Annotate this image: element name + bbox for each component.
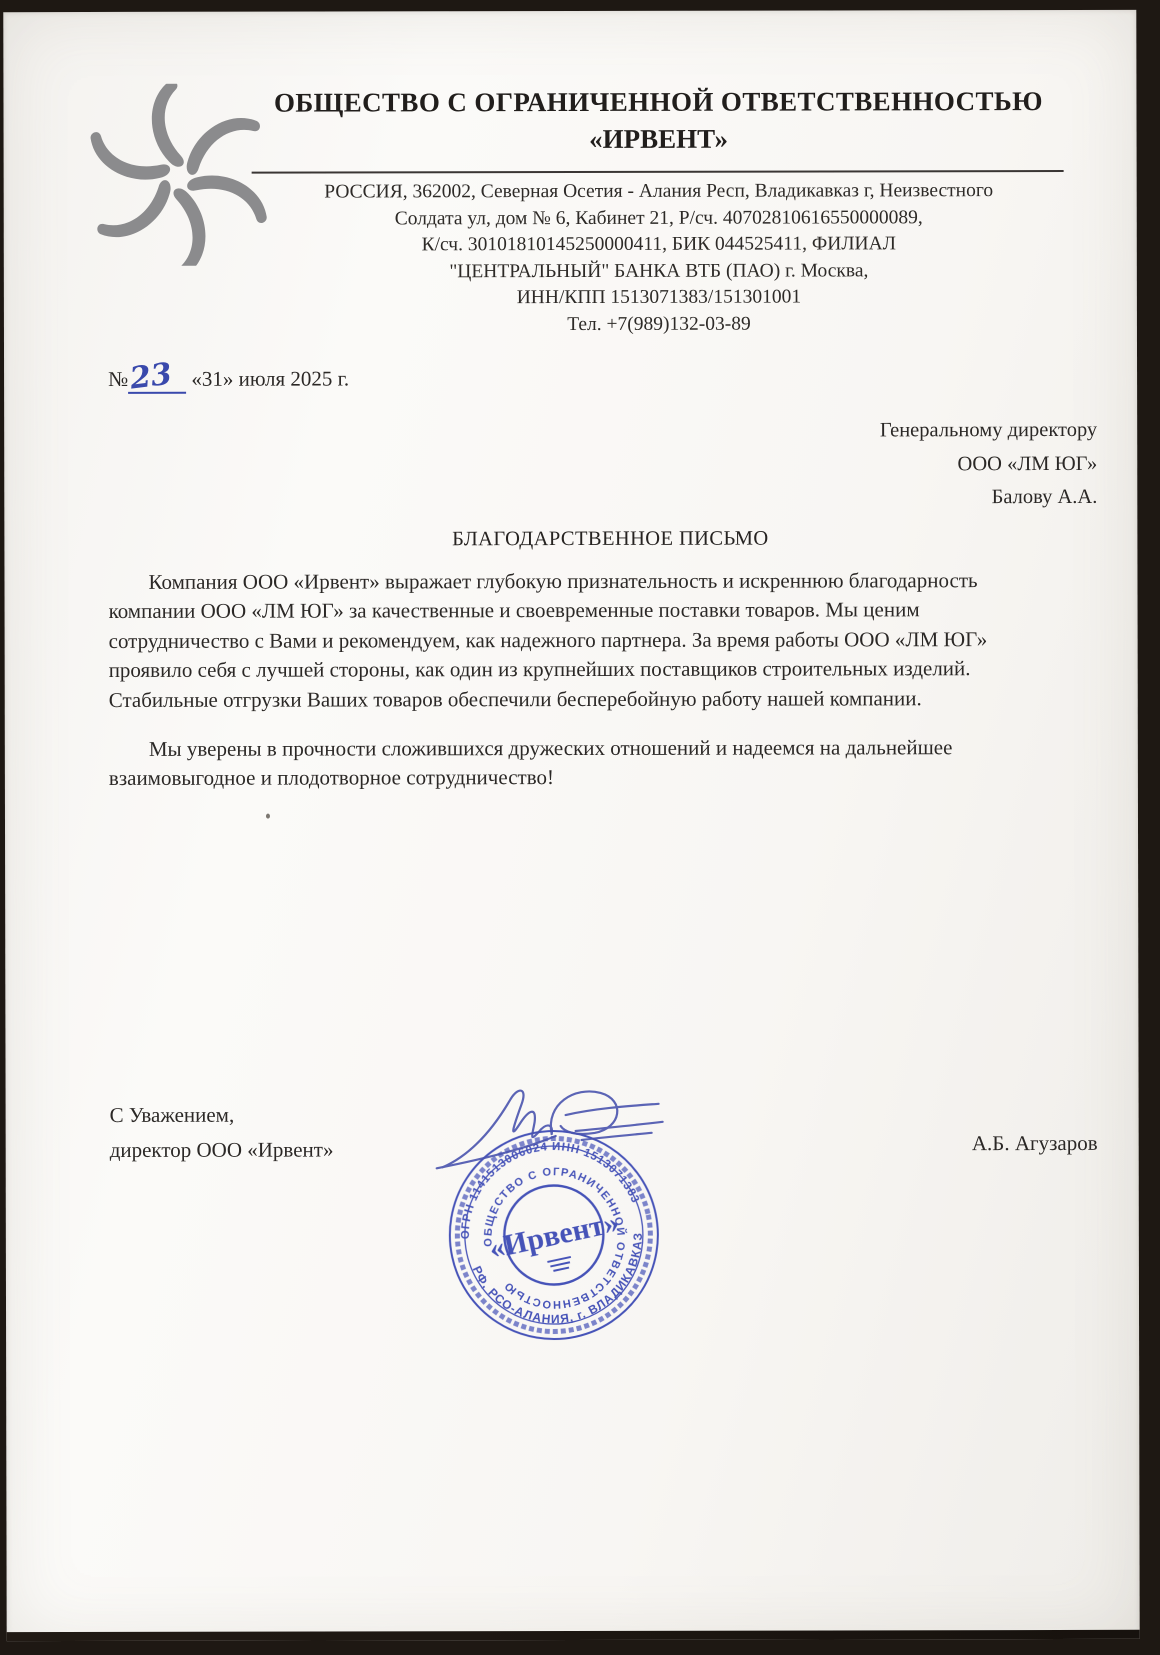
closing-position: директор ООО «Ирвент» <box>110 1132 334 1167</box>
closing-block: С Уважением, директор ООО «Ирвент» <box>110 1097 334 1167</box>
letterhead-divider <box>252 170 1064 174</box>
recipient-company: ООО «ЛМ ЮГ» <box>880 447 1097 481</box>
reference-line: №23 «31» июля 2025 г. <box>108 365 349 394</box>
letter-paper: ОБЩЕСТВО С ОГРАНИЧЕННОЙ ОТВЕТСТВЕННОСТЬЮ… <box>3 10 1139 1641</box>
address-line: Солдата ул, дом № 6, Кабинет 21, Р/сч. 4… <box>254 204 1064 232</box>
company-name: ОБЩЕСТВО С ОГРАНИЧЕННОЙ ОТВЕТСТВЕННОСТЬЮ <box>253 86 1063 119</box>
address-line: ИНН/КПП 1513071383/151301001 <box>254 284 1064 312</box>
company-address-block: РОССИЯ, 362002, Северная Осетия - Алания… <box>254 178 1064 339</box>
recipient-block: Генеральному директору ООО «ЛМ ЮГ» Балов… <box>880 414 1098 515</box>
letterhead: ОБЩЕСТВО С ОГРАНИЧЕННОЙ ОТВЕТСТВЕННОСТЬЮ… <box>253 86 1063 156</box>
ink-speck <box>266 814 270 819</box>
body-paragraph-2: Мы уверены в прочности сложившихся друже… <box>109 733 1059 794</box>
recipient-name: Балову А.А. <box>880 481 1097 515</box>
signer-name: А.Б. Агузаров <box>972 1131 1098 1156</box>
closing-regards: С Уважением, <box>110 1097 334 1132</box>
letter-date: «31» июля 2025 г. <box>191 366 349 390</box>
address-line: Тел. +7(989)132-03-89 <box>254 310 1064 338</box>
address-line: К/сч. 30101810145250000411, БИК 04452541… <box>254 231 1064 259</box>
scanned-letter-photo: { "letterhead": { "logo_icon": "swirl-pi… <box>0 0 1160 1655</box>
address-line: РОССИЯ, 362002, Северная Осетия - Алания… <box>254 178 1064 206</box>
company-swirl-logo-icon <box>87 84 269 266</box>
stamp-center-name: «Ирвент» <box>486 1206 622 1266</box>
handwritten-letter-number: 23 <box>127 363 179 391</box>
handwritten-signature <box>425 1079 675 1180</box>
address-line: "ЦЕНТРАЛЬНЫЙ" БАНКА ВТБ (ПАО) г. Москва, <box>254 257 1064 285</box>
recipient-position: Генеральному директору <box>880 414 1097 448</box>
number-prefix: № <box>108 367 128 391</box>
body-paragraph-1: Компания ООО «Ирвент» выражает глубокую … <box>108 566 1058 715</box>
photo-edge-shadow <box>7 1630 1140 1641</box>
handwritten-number-underline: 23 <box>128 366 186 394</box>
company-short-name: «ИРВЕНТ» <box>254 123 1064 156</box>
letter-title: БЛАГОДАРСТВЕННОЕ ПИСЬМО <box>154 527 1066 552</box>
